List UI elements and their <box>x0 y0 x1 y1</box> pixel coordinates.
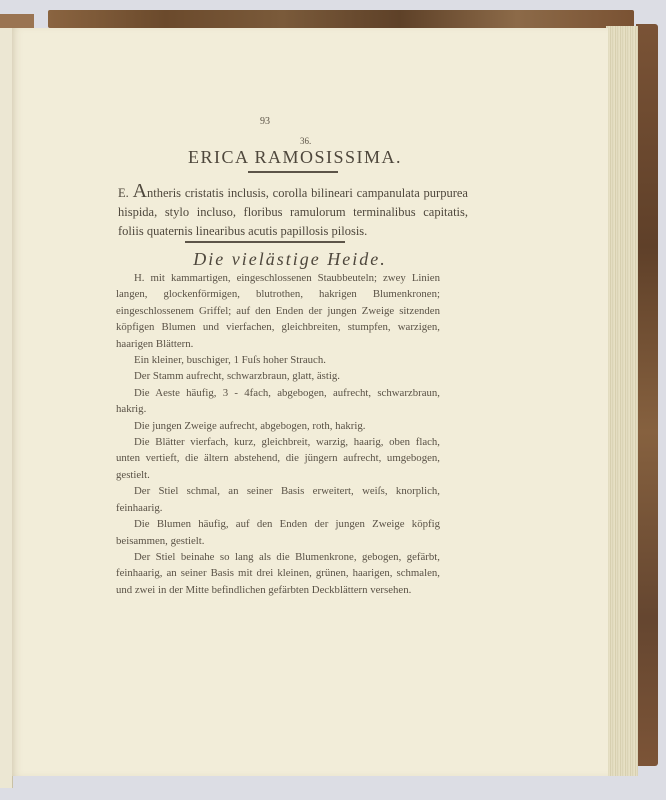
paragraph: Ein kleiner, buschiger, 1 Fuſs hoher Str… <box>116 352 440 368</box>
section-rule <box>185 241 345 243</box>
left-cover-edge <box>0 14 34 28</box>
latin-initial: E. <box>118 186 133 200</box>
paragraph: Die jungen Zweige aufrecht, abgebogen, r… <box>116 418 440 434</box>
page-edges <box>606 26 638 776</box>
paragraph: Der Stamm aufrecht, schwarzbraun, glatt,… <box>116 368 440 384</box>
book-cover-right <box>636 24 658 766</box>
german-title: Die vielästige Heide. <box>140 249 440 270</box>
paragraph: Die Aeste häufig, 3 - 4fach, abgebogen, … <box>116 385 440 418</box>
title-rule <box>248 171 338 173</box>
german-description: H. mit kammartigen, eingeschlossenen Sta… <box>116 270 440 598</box>
paragraph: Der Stiel schmal, an seiner Basis erweit… <box>116 483 440 516</box>
paragraph: Die Blumen häufig, auf den Enden der jun… <box>116 516 440 549</box>
paragraph: Die Blätter vierfach, kurz, gleichbreit,… <box>116 434 440 483</box>
entry-number: 36. <box>300 136 311 146</box>
book-cover-top <box>48 10 634 28</box>
paragraph: H. mit kammartigen, eingeschlossenen Sta… <box>116 270 440 352</box>
latin-cap-letter: A <box>133 180 147 202</box>
paragraph: Der Stiel beinahe so lang als die Blumen… <box>116 549 440 598</box>
species-title: ERICA RAMOSISSIMA. <box>145 147 445 168</box>
latin-text: ntheris cristatis inclusis, corolla bili… <box>118 186 468 238</box>
latin-diagnosis: E. Antheris cristatis inclusis, corolla … <box>118 182 468 241</box>
page-number: 93 <box>260 116 270 127</box>
